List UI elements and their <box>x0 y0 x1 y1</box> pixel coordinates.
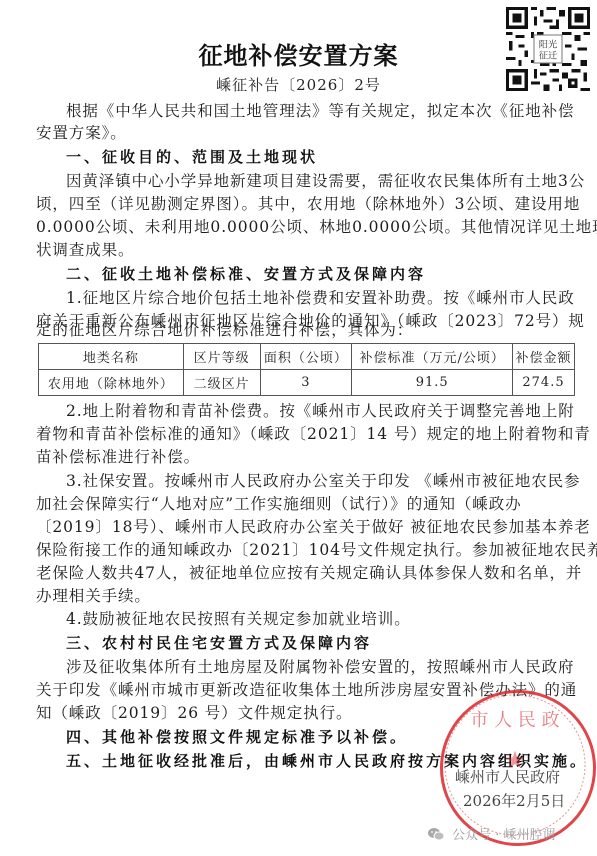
intro-paragraph: 根据《中华人民共和国土地管理法》等有关规定，拟定本次《征地补偿 <box>66 100 576 122</box>
wechat-watermark: 公众号 · 嵊州腔调 <box>428 824 556 845</box>
section-2-item-3: 3.社保安置。按嵊州市人民政府办公室关于印发 《嵊州市被征地农民参 <box>66 470 576 492</box>
table-cell: 274.5 <box>513 370 575 396</box>
table-header-cell: 补偿标准（万元/公顷） <box>352 344 513 370</box>
section-2-item-1: 定的征地区片综合地价补偿标准进行补偿，具体为： <box>36 319 576 341</box>
section-2-item-2: 着物和青苗补偿标准的通知》（嵊政〔2021〕14 号）规定的地上附着物和青 <box>36 423 576 445</box>
table-cell: 91.5 <box>352 370 513 396</box>
section-2-item-2: 苗补偿标准进行补偿。 <box>36 446 576 468</box>
section-1-text: 因黄泽镇中心小学异地新建项目建设需要，需征收农民集体所有土地3公 <box>66 170 576 192</box>
section-heading-2: 二、征收土地补偿标准、安置方式及保障内容 <box>66 263 576 285</box>
svg-text:市 人 民 政: 市 人 民 政 <box>470 710 559 731</box>
qr-code-icon[interactable]: 阳光 征迁 <box>503 4 593 94</box>
issuer-name: 嵊州市人民政府 <box>455 766 560 787</box>
compensation-table: 地类名称 区片等级 面积（公顷） 补偿标准（万元/公顷） 补偿金额 农用地（除林… <box>38 343 575 396</box>
section-2-item-3: 〔2019〕18号）、嵊州市人民政府办公室关于做好 被征地农民参加基本养老 <box>36 516 576 538</box>
table-header-cell: 地类名称 <box>39 344 184 370</box>
section-2-item-4: 4.鼓励被征地农民按照有关规定参加就业培训。 <box>66 608 576 630</box>
table-cell: 二级区片 <box>183 370 260 396</box>
section-2-item-3: 老保险人数共47人，被征地单位应按有关规定确认具体参保人数和名单，并 <box>36 562 576 584</box>
table-cell: 农用地（除林地外） <box>39 370 184 396</box>
section-1-text: 状调查成果。 <box>36 239 576 261</box>
section-1-text: 0.0000公顷、未利用地0.0000公顷、林地0.0000公顷。其他情况详见土… <box>36 216 576 238</box>
section-heading-3: 三、农村村民住宅安置方式及保障内容 <box>66 632 576 654</box>
table-header-cell: 面积（公顷） <box>260 344 352 370</box>
table-header-cell: 区片等级 <box>183 344 260 370</box>
section-2-item-3: 保险衔接工作的通知嵊政办〔2021〕104号文件规定执行。参加被征地农民养 <box>36 539 576 561</box>
table-row: 农用地（除林地外） 二级区片 3 91.5 274.5 <box>39 370 575 396</box>
watermark-text: 公众号 · 嵊州腔调 <box>452 828 555 843</box>
section-heading-1: 一、征收目的、范围及土地现状 <box>66 146 576 168</box>
section-2-item-3: 加社会保障实行“人地对应”工作实施细则（试行）》的通知（嵊政办 <box>36 493 576 515</box>
section-1-text: 顷，四至（详见勘测定界图）。其中，农用地（除林地外）3公顷、建设用地 <box>36 193 576 215</box>
table-header-cell: 补偿金额 <box>513 344 575 370</box>
svg-text:征迁: 征迁 <box>539 50 558 61</box>
section-2-item-1: 1.征地区片综合地价包括土地补偿费和安置补助费。按《嵊州市人民政 <box>66 287 576 309</box>
section-3-text: 涉及征收集体所有土地房屋及附属物补偿安置的，按照嵊州市人民政府 <box>66 656 576 678</box>
wechat-icon <box>428 827 444 845</box>
intro-paragraph-cont: 安置方案》。 <box>36 122 576 144</box>
section-2-item-2: 2.地上附着物和青苗补偿费。按《嵊州市人民政府关于调整完善地上附 <box>66 400 576 422</box>
section-2-item-3: 办理相关手续。 <box>36 585 576 607</box>
svg-text:阳光: 阳光 <box>539 38 558 50</box>
table-header-row: 地类名称 区片等级 面积（公顷） 补偿标准（万元/公顷） 补偿金额 <box>39 344 575 370</box>
issue-date: 2026年2月5日 <box>463 790 565 811</box>
table-cell: 3 <box>260 370 352 396</box>
